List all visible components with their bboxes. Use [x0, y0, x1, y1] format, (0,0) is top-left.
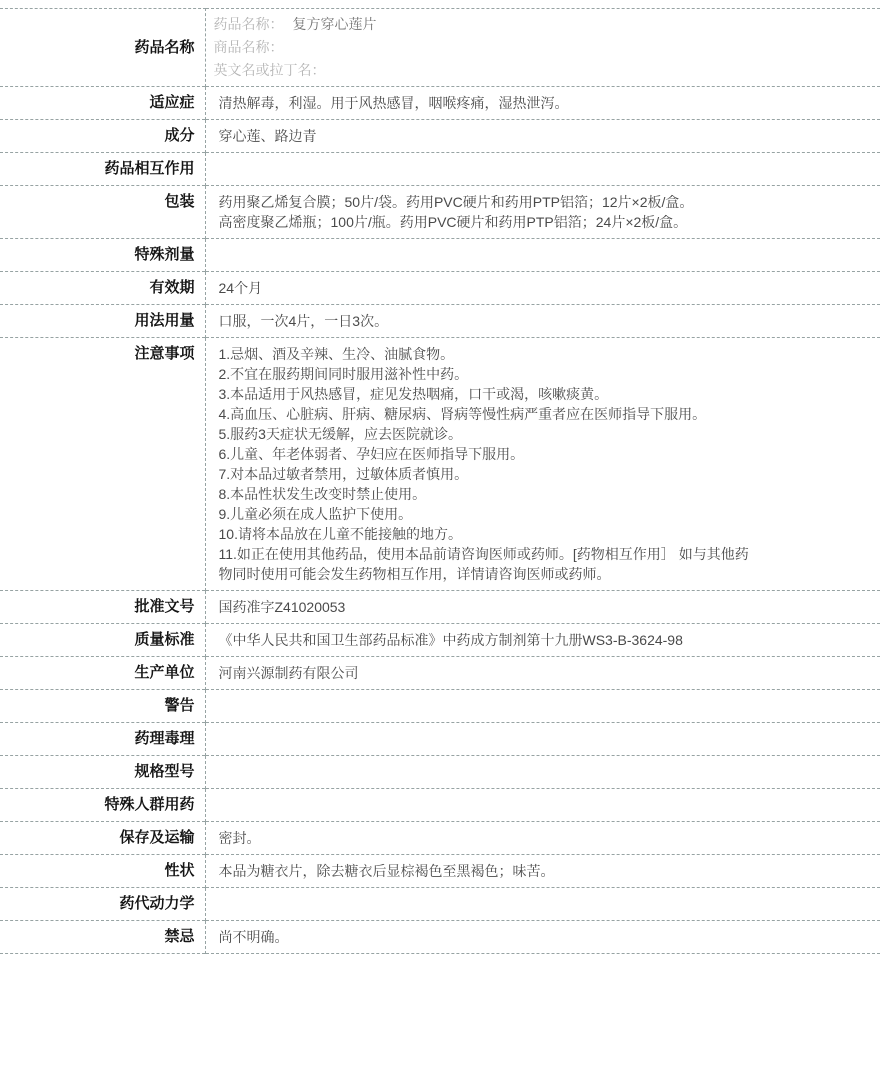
table-row-usage-dosage: 用法用量口服，一次4片，一日3次。	[0, 305, 880, 338]
table-row-validity-period: 有效期24个月	[0, 272, 880, 305]
row-value-storage-transport: 密封。	[205, 822, 880, 855]
row-label-validity-period: 有效期	[0, 272, 205, 305]
name-field-line: 英文名或拉丁名：	[214, 59, 867, 82]
value-line: 1.忌烟、酒及辛辣、生冷、油腻食物。	[219, 344, 867, 364]
row-value-specification-model	[205, 756, 880, 789]
value-line: 物同时使用可能会发生药物相互作用，详情请咨询医师或药师。	[219, 564, 867, 584]
row-label-special-dosage: 特殊剂量	[0, 239, 205, 272]
table-row-description: 性状本品为糖衣片，除去糖衣后显棕褐色至黑褐色；味苦。	[0, 855, 880, 888]
row-value-drug-name: 药品名称：复方穿心莲片商品名称：英文名或拉丁名：	[205, 9, 880, 87]
row-value-ingredients: 穿心莲、路边青	[205, 120, 880, 153]
value-line: 5.服药3天症状无缓解，应去医院就诊。	[219, 424, 867, 444]
value-line: 2.不宜在服药期间同时服用滋补性中药。	[219, 364, 867, 384]
row-label-approval-number: 批准文号	[0, 591, 205, 624]
table-row-drug-interactions: 药品相互作用	[0, 153, 880, 186]
row-label-description: 性状	[0, 855, 205, 888]
row-label-storage-transport: 保存及运输	[0, 822, 205, 855]
table-row-drug-name: 药品名称药品名称：复方穿心莲片商品名称：英文名或拉丁名：	[0, 9, 880, 87]
table-row-special-dosage: 特殊剂量	[0, 239, 880, 272]
row-value-pharmacology-toxicology	[205, 723, 880, 756]
value-line: 本品为糖衣片，除去糖衣后显棕褐色至黑褐色；味苦。	[219, 861, 867, 881]
row-label-indications: 适应症	[0, 87, 205, 120]
row-label-special-population: 特殊人群用药	[0, 789, 205, 822]
row-value-manufacturer: 河南兴源制药有限公司	[205, 657, 880, 690]
value-line: 穿心莲、路边青	[219, 126, 867, 146]
row-value-packaging: 药用聚乙烯复合膜；50片/袋。药用PVC硬片和药用PTP铝箔；12片×2板/盒。…	[205, 186, 880, 239]
row-value-usage-dosage: 口服，一次4片，一日3次。	[205, 305, 880, 338]
table-row-storage-transport: 保存及运输密封。	[0, 822, 880, 855]
value-line: 4.高血压、心脏病、肝病、糖尿病、肾病等慢性病严重者应在医师指导下服用。	[219, 404, 867, 424]
value-line: 《中华人民共和国卫生部药品标准》中药成方制剂第十九册WS3-B-3624-98	[219, 630, 867, 650]
name-field-line: 商品名称：	[214, 36, 867, 59]
row-label-quality-standard: 质量标准	[0, 624, 205, 657]
row-value-quality-standard: 《中华人民共和国卫生部药品标准》中药成方制剂第十九册WS3-B-3624-98	[205, 624, 880, 657]
row-value-approval-number: 国药准字Z41020053	[205, 591, 880, 624]
row-value-warning	[205, 690, 880, 723]
value-line: 6.儿童、年老体弱者、孕妇应在医师指导下服用。	[219, 444, 867, 464]
drug-info-table: 药品名称药品名称：复方穿心莲片商品名称：英文名或拉丁名：适应症清热解毒，利湿。用…	[0, 8, 880, 954]
row-label-drug-interactions: 药品相互作用	[0, 153, 205, 186]
table-row-manufacturer: 生产单位河南兴源制药有限公司	[0, 657, 880, 690]
value-line: 口服，一次4片，一日3次。	[219, 311, 867, 331]
value-line: 高密度聚乙烯瓶；100片/瓶。药用PVC硬片和药用PTP铝箔；24片×2板/盒。	[219, 212, 867, 232]
row-label-manufacturer: 生产单位	[0, 657, 205, 690]
row-value-indications: 清热解毒，利湿。用于风热感冒，咽喉疼痛，湿热泄泻。	[205, 87, 880, 120]
table-row-contraindications: 禁忌尚不明确。	[0, 921, 880, 954]
value-line: 11.如正在使用其他药品，使用本品前请咨询医师或药师。[药物相互作用］ 如与其他…	[219, 544, 867, 564]
name-field-line: 药品名称：复方穿心莲片	[214, 13, 867, 36]
field-label: 英文名或拉丁名：	[214, 62, 326, 78]
row-label-pharmacology-toxicology: 药理毒理	[0, 723, 205, 756]
value-line: 9.儿童必须在成人监护下使用。	[219, 504, 867, 524]
table-row-pharmacokinetics: 药代动力学	[0, 888, 880, 921]
table-row-precautions: 注意事项1.忌烟、酒及辛辣、生冷、油腻食物。2.不宜在服药期间同时服用滋补性中药…	[0, 338, 880, 591]
row-label-pharmacokinetics: 药代动力学	[0, 888, 205, 921]
table-row-indications: 适应症清热解毒，利湿。用于风热感冒，咽喉疼痛，湿热泄泻。	[0, 87, 880, 120]
row-value-description: 本品为糖衣片，除去糖衣后显棕褐色至黑褐色；味苦。	[205, 855, 880, 888]
value-line: 国药准字Z41020053	[219, 597, 867, 617]
table-row-approval-number: 批准文号国药准字Z41020053	[0, 591, 880, 624]
row-label-packaging: 包装	[0, 186, 205, 239]
field-value: 复方穿心莲片	[293, 16, 377, 32]
row-label-usage-dosage: 用法用量	[0, 305, 205, 338]
row-label-precautions: 注意事项	[0, 338, 205, 591]
table-row-warning: 警告	[0, 690, 880, 723]
value-line: 尚不明确。	[219, 927, 867, 947]
drug-info-page: 药品名称药品名称：复方穿心莲片商品名称：英文名或拉丁名：适应症清热解毒，利湿。用…	[0, 0, 880, 954]
value-line: 8.本品性状发生改变时禁止使用。	[219, 484, 867, 504]
table-row-specification-model: 规格型号	[0, 756, 880, 789]
row-value-contraindications: 尚不明确。	[205, 921, 880, 954]
row-label-drug-name: 药品名称	[0, 9, 205, 87]
table-row-packaging: 包装药用聚乙烯复合膜；50片/袋。药用PVC硬片和药用PTP铝箔；12片×2板/…	[0, 186, 880, 239]
value-line: 药用聚乙烯复合膜；50片/袋。药用PVC硬片和药用PTP铝箔；12片×2板/盒。	[219, 192, 867, 212]
table-row-quality-standard: 质量标准《中华人民共和国卫生部药品标准》中药成方制剂第十九册WS3-B-3624…	[0, 624, 880, 657]
value-line: 10.请将本品放在儿童不能接触的地方。	[219, 524, 867, 544]
drug-info-table-body: 药品名称药品名称：复方穿心莲片商品名称：英文名或拉丁名：适应症清热解毒，利湿。用…	[0, 9, 880, 954]
row-value-special-dosage	[205, 239, 880, 272]
row-label-specification-model: 规格型号	[0, 756, 205, 789]
row-value-drug-interactions	[205, 153, 880, 186]
row-value-pharmacokinetics	[205, 888, 880, 921]
value-line: 7.对本品过敏者禁用，过敏体质者慎用。	[219, 464, 867, 484]
value-line: 河南兴源制药有限公司	[219, 663, 867, 683]
value-line: 清热解毒，利湿。用于风热感冒，咽喉疼痛，湿热泄泻。	[219, 93, 867, 113]
table-row-special-population: 特殊人群用药	[0, 789, 880, 822]
row-label-ingredients: 成分	[0, 120, 205, 153]
row-label-warning: 警告	[0, 690, 205, 723]
field-label: 商品名称：	[214, 39, 284, 55]
row-value-validity-period: 24个月	[205, 272, 880, 305]
table-row-ingredients: 成分穿心莲、路边青	[0, 120, 880, 153]
value-line: 24个月	[219, 278, 867, 298]
row-value-special-population	[205, 789, 880, 822]
row-value-precautions: 1.忌烟、酒及辛辣、生冷、油腻食物。2.不宜在服药期间同时服用滋补性中药。3.本…	[205, 338, 880, 591]
table-row-pharmacology-toxicology: 药理毒理	[0, 723, 880, 756]
value-line: 3.本品适用于风热感冒，症见发热咽痛，口干或渴，咳嗽痰黄。	[219, 384, 867, 404]
field-label: 药品名称：	[214, 16, 284, 32]
row-label-contraindications: 禁忌	[0, 921, 205, 954]
value-line: 密封。	[219, 828, 867, 848]
